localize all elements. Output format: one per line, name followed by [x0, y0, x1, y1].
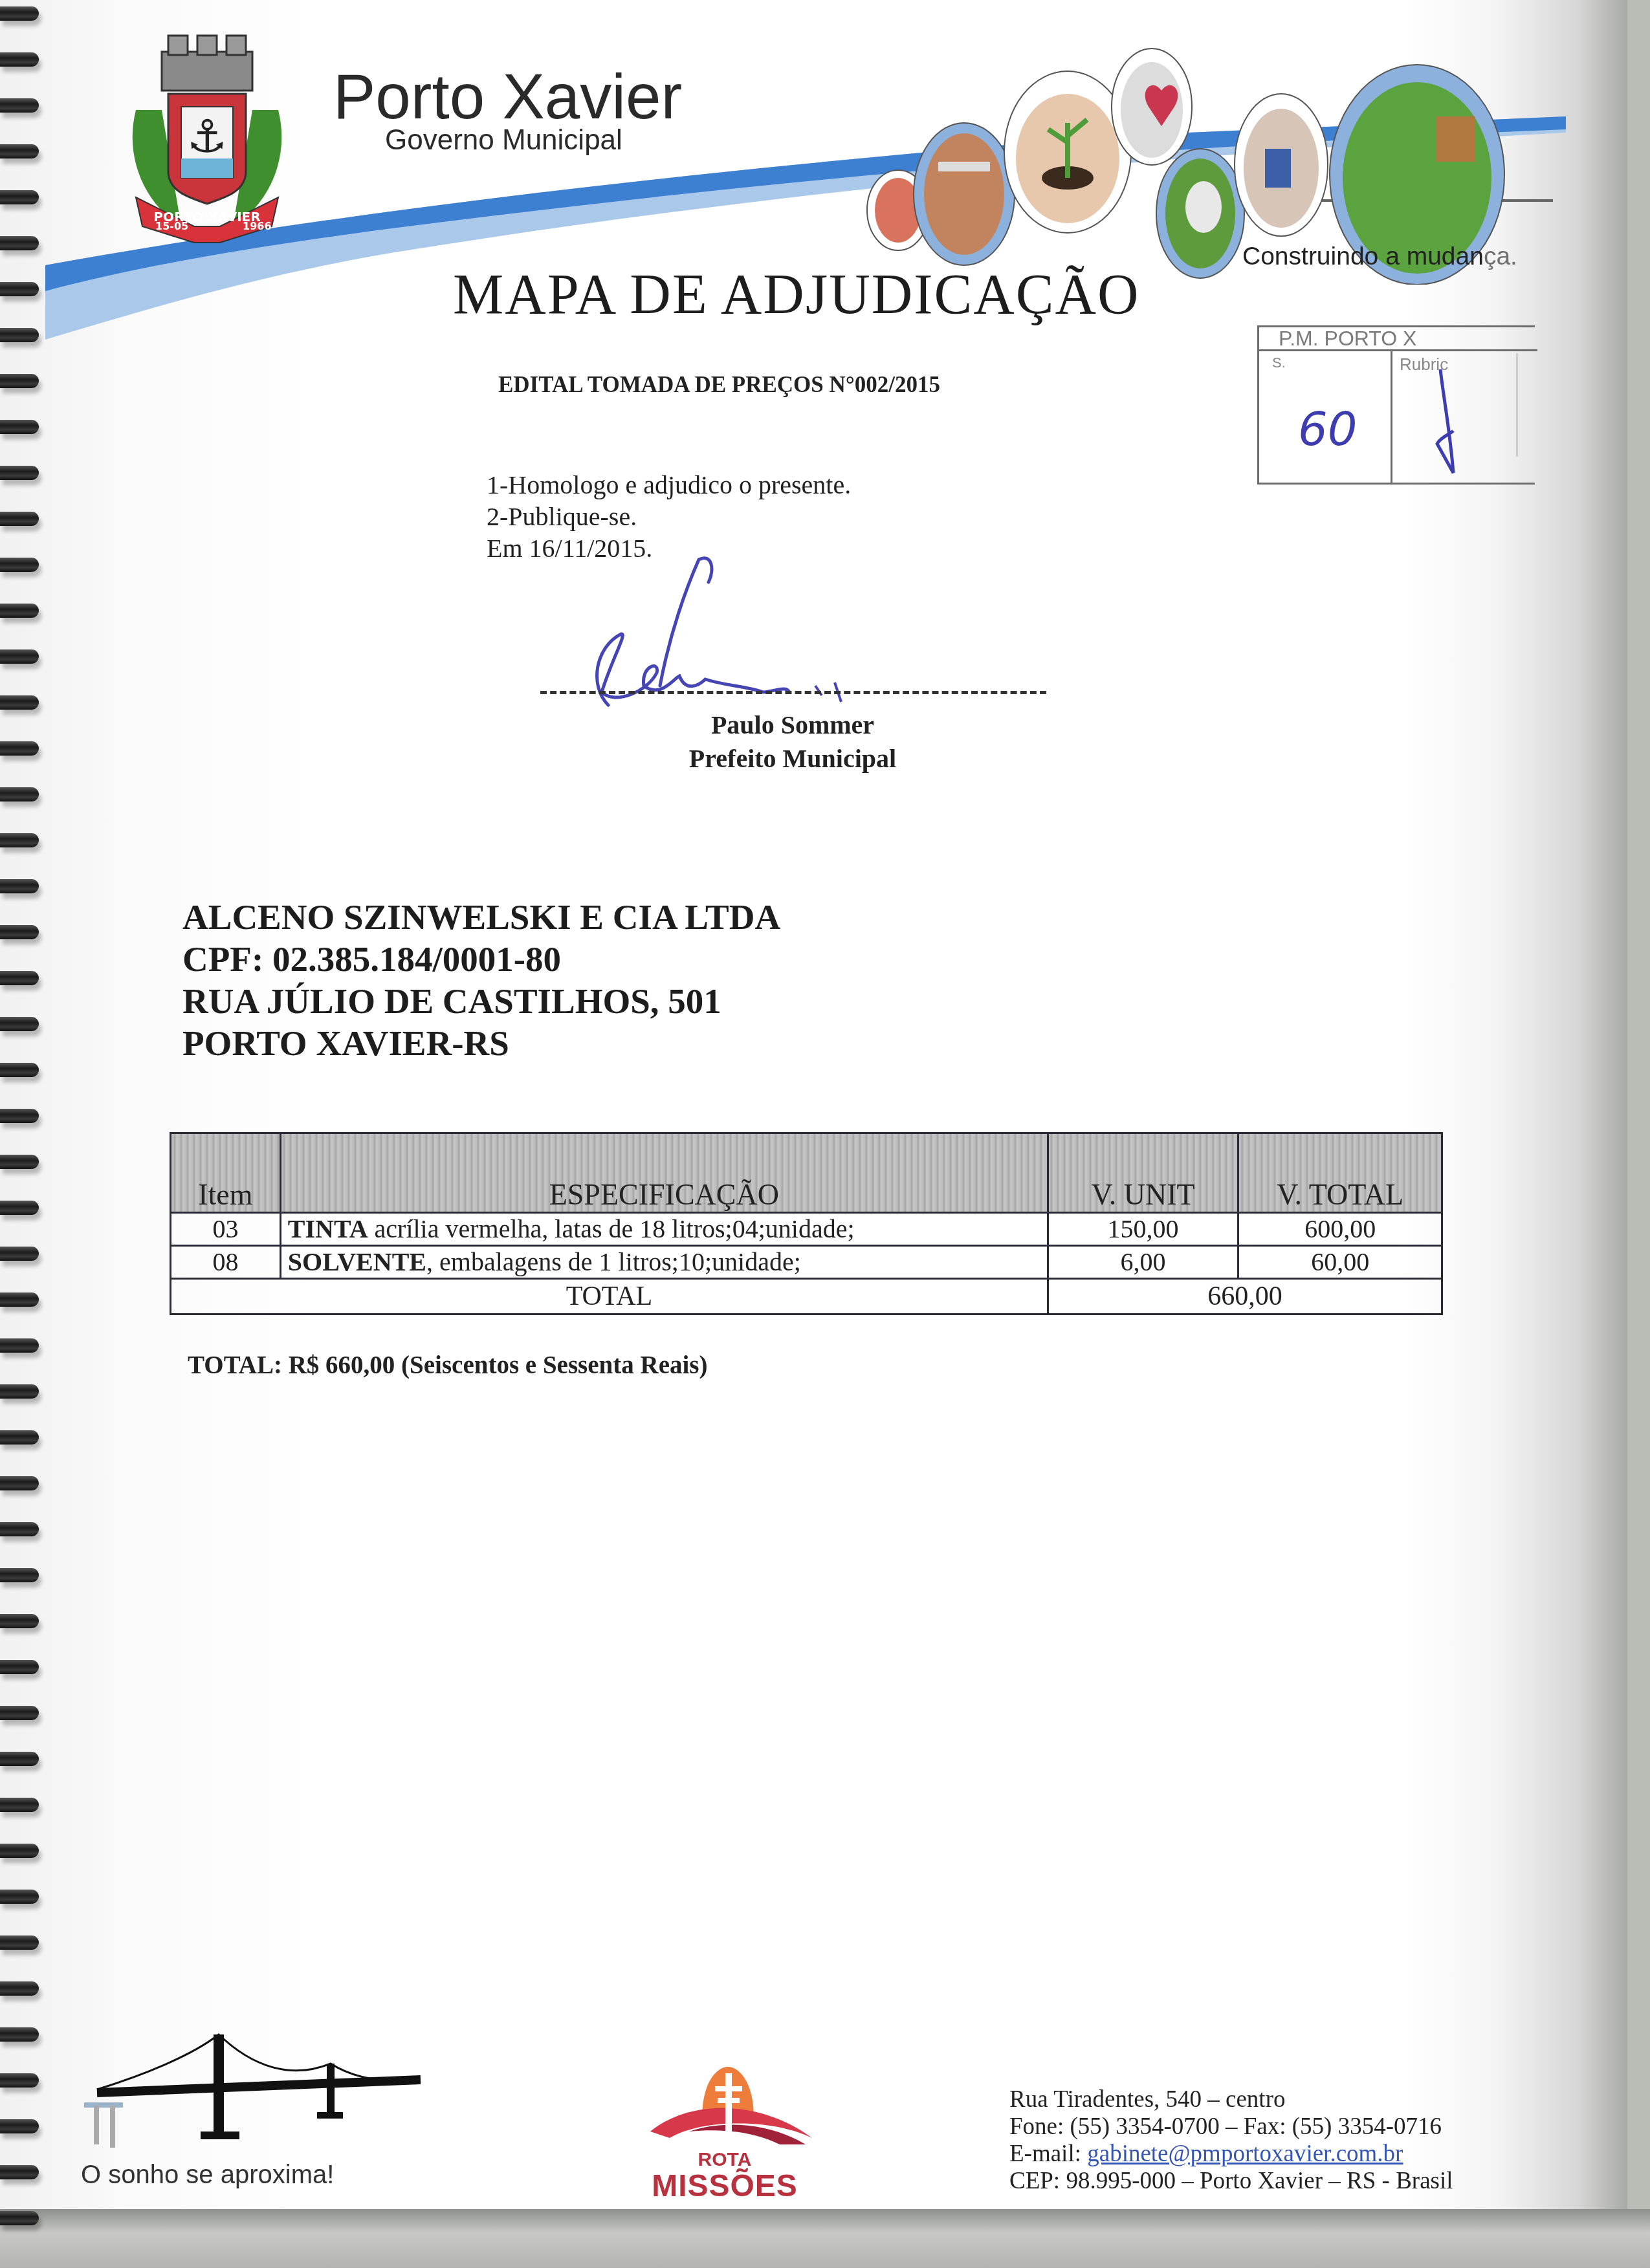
spiral-coil — [0, 1981, 39, 1996]
spiral-coil — [0, 1798, 39, 1812]
spiral-coil — [0, 1292, 39, 1307]
spiral-coil — [0, 649, 39, 664]
rubric-initial-icon — [1434, 366, 1473, 476]
spiral-coil — [0, 190, 39, 204]
cell-spec: TINTA acrília vermelha, latas de 18 litr… — [280, 1213, 1048, 1246]
spiral-coil — [0, 1935, 39, 1950]
spiral-coil — [0, 1660, 39, 1674]
cell-total: 60,00 — [1238, 1246, 1442, 1279]
spiral-coil — [0, 971, 39, 985]
spiral-coil — [0, 2211, 39, 2225]
missoes-label: MISSÕES — [637, 2168, 812, 2204]
slogan: Construindo a mudança. — [1242, 243, 1517, 271]
svg-text:⚓: ⚓ — [187, 110, 228, 163]
table-row: 03 TINTA acrília vermelha, latas de 18 l… — [171, 1213, 1442, 1246]
cell-total: 600,00 — [1238, 1213, 1442, 1246]
cell-item: 03 — [171, 1213, 281, 1246]
table-row: 08 SOLVENTE, embalagens de 1 litros;10;u… — [171, 1246, 1442, 1279]
total-value: 660,00 — [1048, 1279, 1442, 1314]
municipality-name: Porto Xavier — [333, 65, 682, 128]
signer-role: Prefeito Municipal — [647, 742, 938, 776]
spiral-coil — [0, 2119, 39, 2133]
signer-name: Paulo Sommer — [647, 708, 938, 742]
grand-total: TOTAL: R$ 660,00 (Seiscentos e Sessenta … — [188, 1351, 707, 1380]
supplier-name: ALCENO SZINWELSKI E CIA LTDA — [182, 896, 780, 938]
spiral-coil — [0, 1338, 39, 1353]
stamp-sheet-number: 60 — [1298, 402, 1358, 456]
spiral-coil — [0, 695, 39, 710]
contact-cep: CEP: 98.995-000 – Porto Xavier – RS - Br… — [1009, 2168, 1453, 2195]
municipal-crest-logo: ⚓ PORTO XAVIER 15-05 1966 — [123, 32, 291, 246]
spiral-coil — [0, 512, 39, 526]
spiral-coil — [0, 1614, 39, 1628]
dispatch-text: 1-Homologo e adjudico o presente. 2-Publ… — [487, 469, 851, 564]
signer-block: Paulo Sommer Prefeito Municipal — [647, 708, 938, 776]
svg-text:1966: 1966 — [243, 220, 272, 232]
col-header-total: V. TOTAL — [1238, 1133, 1442, 1213]
spiral-coil — [0, 1522, 39, 1536]
spiral-coil — [0, 558, 39, 572]
spiral-coil — [0, 741, 39, 756]
spiral-coil — [0, 787, 39, 801]
spiral-coil — [0, 879, 39, 893]
spiral-coil — [0, 466, 39, 480]
spiral-coil — [0, 1752, 39, 1766]
spiral-coil — [0, 1476, 39, 1490]
spiral-coil — [0, 52, 39, 67]
spiral-coil — [0, 1568, 39, 1582]
supplier-block: ALCENO SZINWELSKI E CIA LTDA CPF: 02.385… — [182, 896, 780, 1064]
spiral-coil — [0, 1844, 39, 1858]
spiral-coil — [0, 833, 39, 847]
dispatch-line: 2-Publique-se. — [487, 501, 851, 532]
stamp-sheet-label: S. — [1272, 354, 1286, 371]
document-title: MAPA DE ADJUDICAÇÃO — [453, 262, 1140, 327]
spiral-coil — [0, 1017, 39, 1031]
contact-address: Rua Tiradentes, 540 – centro — [1009, 2086, 1453, 2113]
col-header-spec: ESPECIFICAÇÃO — [280, 1133, 1048, 1213]
total-label: TOTAL — [171, 1279, 1048, 1314]
spiral-coil — [0, 144, 39, 158]
cattle-photo-icon — [1156, 149, 1244, 278]
col-header-item: Item — [171, 1133, 281, 1213]
spiral-coil — [0, 1201, 39, 1215]
stamp-title: P.M. PORTO X — [1259, 327, 1537, 351]
spiral-coil — [0, 1247, 39, 1261]
contact-email-line: E-mail: gabinete@pmportoxavier.com.br — [1009, 2141, 1453, 2168]
spiral-coil — [0, 98, 39, 113]
spiral-coil — [0, 1063, 39, 1077]
cell-spec: SOLVENTE, embalagens de 1 litros;10;unid… — [280, 1246, 1048, 1279]
rota-label: ROTA — [673, 2149, 776, 2171]
supplier-cpf: CPF: 02.385.184/0001-80 — [182, 938, 780, 980]
dispatch-line: 1-Homologo e adjudico o presente. — [487, 469, 851, 501]
spiral-coil — [0, 2027, 39, 2042]
spiral-coil — [0, 1890, 39, 1904]
bridge-caption: O sonho se aproxima! — [81, 2161, 334, 2190]
stamp-divider — [1391, 351, 1392, 483]
cell-item: 08 — [171, 1246, 281, 1279]
bridge-logo-icon — [84, 2028, 421, 2151]
spiral-coil — [0, 604, 39, 618]
edital-reference: EDITAL TOMADA DE PREÇOS N°002/2015 — [498, 372, 940, 398]
spiral-coil — [0, 6, 39, 21]
email-link[interactable]: gabinete@pmportoxavier.com.br — [1087, 2141, 1403, 2167]
bridge-photo-icon — [914, 123, 1015, 265]
spiral-coil — [0, 328, 39, 342]
government-label: Governo Municipal — [385, 124, 622, 157]
contact-block: Rua Tiradentes, 540 – centro Fone: (55) … — [1009, 2086, 1453, 2195]
spiral-coil — [0, 1155, 39, 1169]
spiral-coil — [0, 236, 39, 250]
col-header-unit: V. UNIT — [1048, 1133, 1238, 1213]
spiral-coil — [0, 420, 39, 434]
supplier-address: RUA JÚLIO DE CASTILHOS, 501 — [182, 980, 780, 1022]
svg-text:15-05: 15-05 — [155, 220, 188, 232]
ferry-photo-icon — [1235, 94, 1328, 236]
cell-unit: 6,00 — [1048, 1246, 1238, 1279]
page-number-stamp: P.M. PORTO X S. Rubric 60 — [1257, 325, 1535, 485]
spiral-coil — [0, 925, 39, 939]
stethoscope-heart-photo-icon — [1112, 49, 1192, 165]
spiral-coil — [0, 282, 39, 296]
signature-line — [540, 691, 1046, 694]
spiral-coil — [0, 2073, 39, 2088]
spiral-coil — [0, 1384, 39, 1399]
spiral-coil — [0, 1706, 39, 1720]
page-bottom-shadow — [0, 2209, 1650, 2268]
adjudication-table: Item ESPECIFICAÇÃO V. UNIT V. TOTAL 03 T… — [170, 1132, 1443, 1315]
spiral-coil — [0, 1109, 39, 1123]
spiral-binding — [0, 0, 39, 2268]
signature-icon — [531, 556, 984, 725]
spiral-coil — [0, 1430, 39, 1445]
cell-unit: 150,00 — [1048, 1213, 1238, 1246]
table-header-row: Item ESPECIFICAÇÃO V. UNIT V. TOTAL — [171, 1133, 1442, 1213]
supplier-city: PORTO XAVIER-RS — [182, 1022, 780, 1064]
table-total-row: TOTAL 660,00 — [171, 1279, 1442, 1314]
spiral-coil — [0, 2165, 39, 2179]
spiral-coil — [0, 374, 39, 388]
contact-phone: Fone: (55) 3354-0700 – Fax: (55) 3354-07… — [1009, 2113, 1453, 2141]
